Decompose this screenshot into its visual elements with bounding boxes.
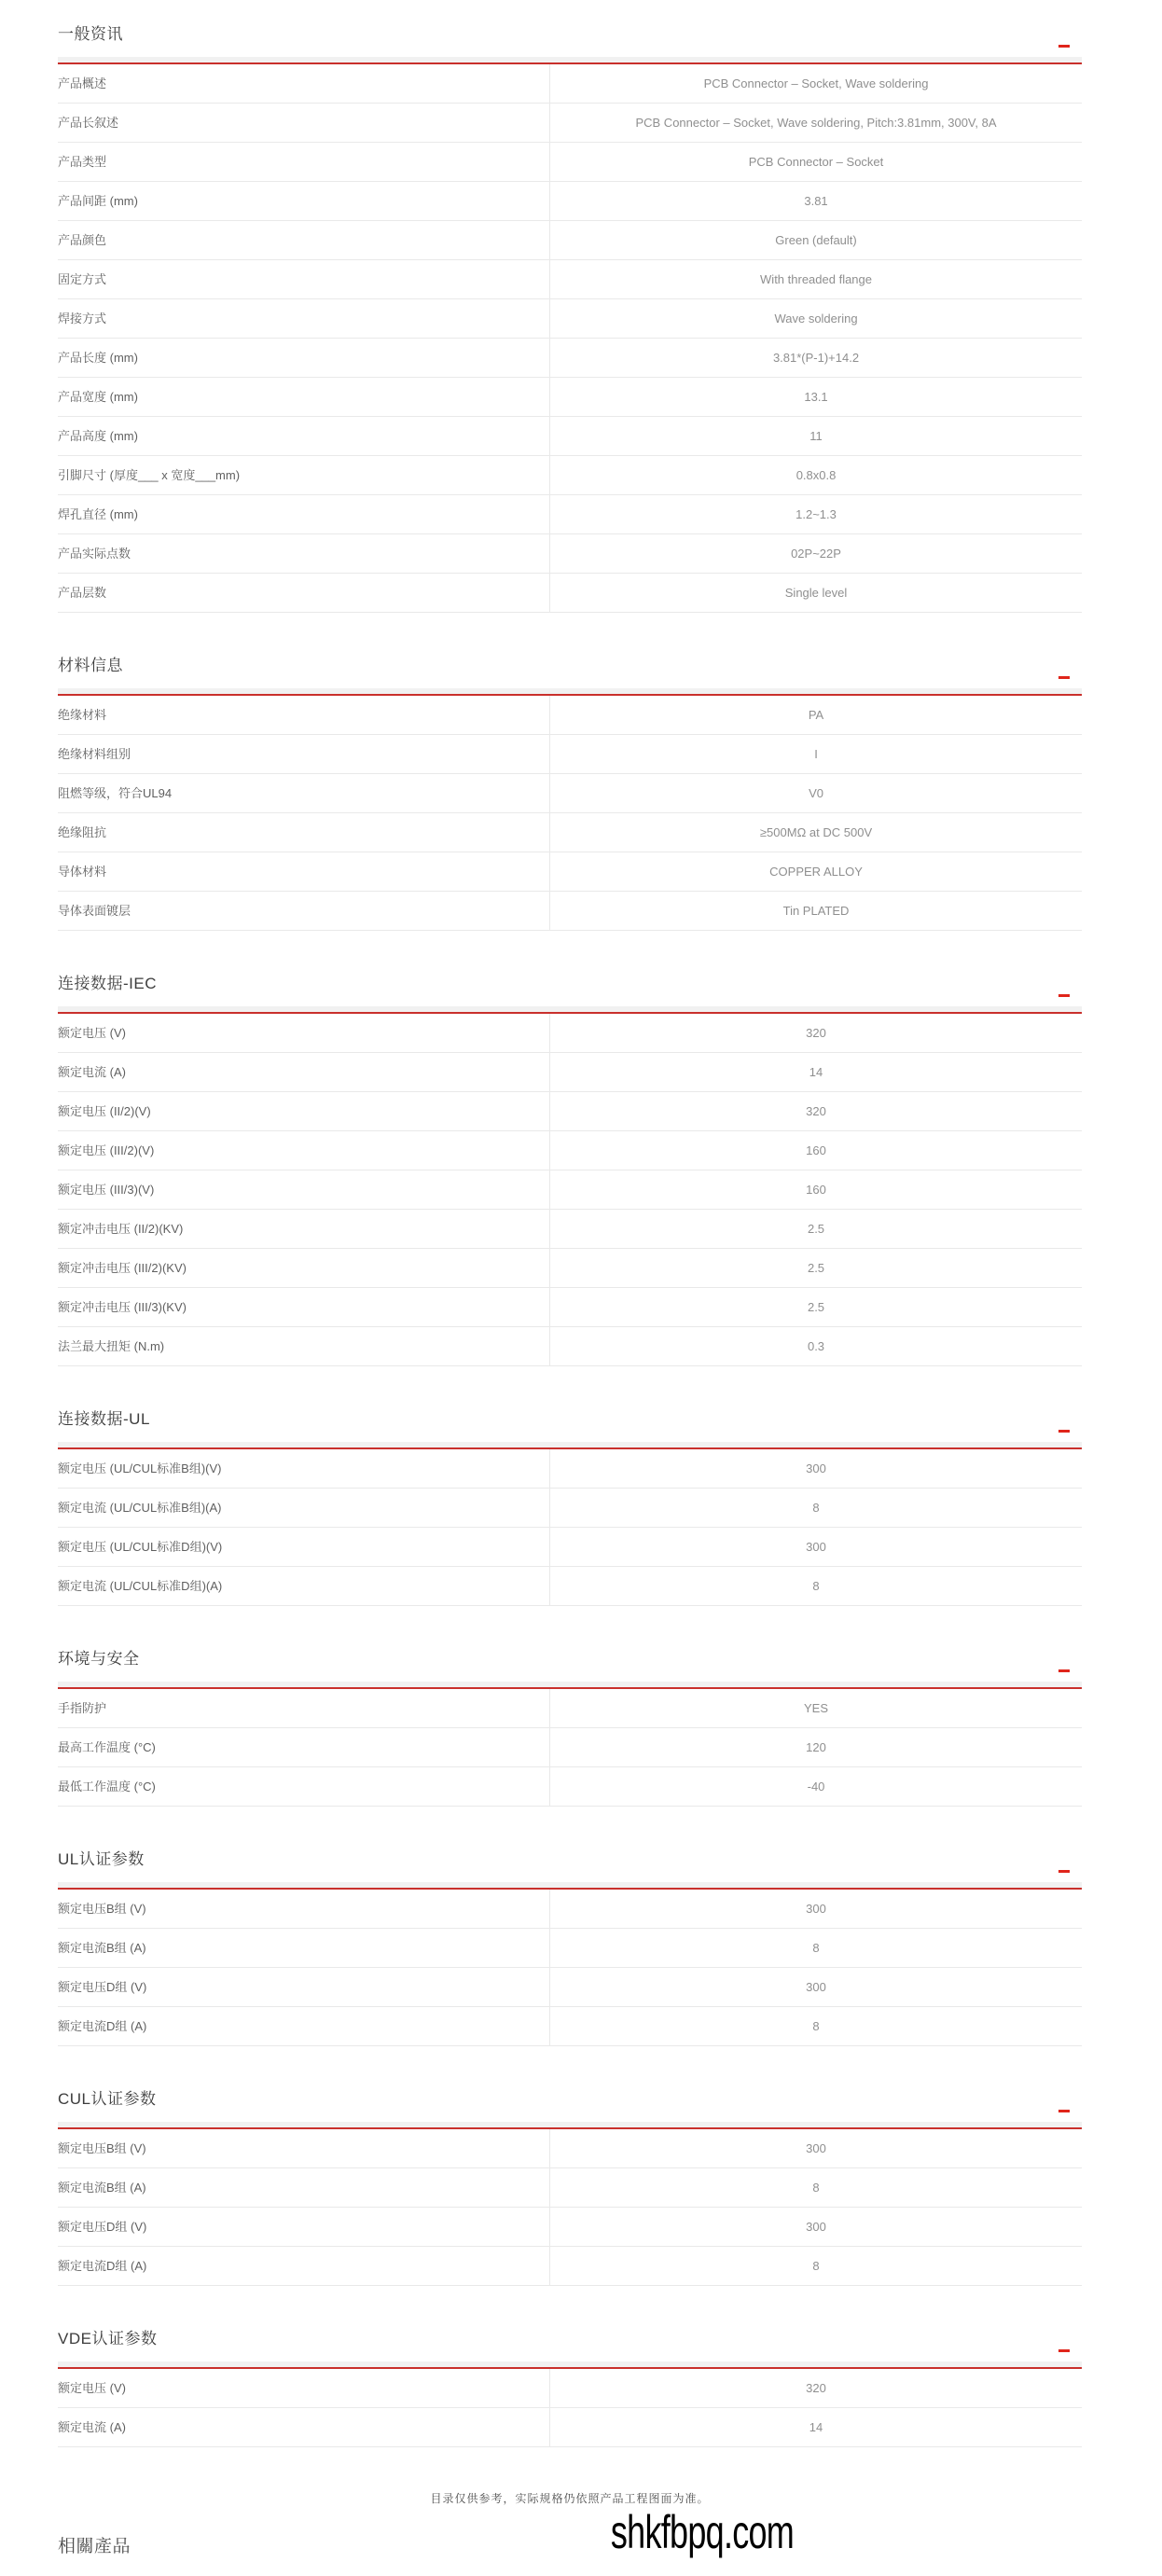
collapse-minus-icon[interactable] [1058, 2349, 1070, 2352]
table-row: 额定电压 (III/3)(V)160 [58, 1170, 1082, 1210]
spec-label: 产品间距 (mm) [58, 182, 550, 221]
spec-value: 8 [550, 2007, 1082, 2046]
section-title: 连接数据-UL [58, 1409, 1082, 1430]
table-row: 绝缘材料PA [58, 696, 1082, 735]
table-row: 产品长度 (mm)3.81*(P-1)+14.2 [58, 339, 1082, 378]
table-row: 产品实际点数02P~22P [58, 534, 1082, 574]
spec-label: 导体材料 [58, 852, 550, 892]
page-footer: 目录仅供参考，实际规格仍依照产品工程图面为准。 shkfbpq.com 相關產品 [58, 2490, 1082, 2557]
spec-value: Wave soldering [550, 299, 1082, 339]
spec-label: 产品长度 (mm) [58, 339, 550, 378]
section-header: UL认证参数 [58, 1849, 1082, 1870]
spec-value: 320 [550, 1092, 1082, 1131]
table-row: 固定方式With threaded flange [58, 260, 1082, 299]
spec-label: 额定电压 (V) [58, 1014, 550, 1053]
collapse-minus-icon[interactable] [1058, 1669, 1070, 1672]
table-row: 额定电流D组 (A)8 [58, 2007, 1082, 2046]
spec-section: 连接数据-UL 额定电压 (UL/CUL标准B组)(V)300额定电流 (UL/… [58, 1409, 1082, 1606]
spec-label: 最高工作温度 (°C) [58, 1728, 550, 1767]
product-spec-page: 一般资讯 产品概述PCB Connector – Socket, Wave so… [0, 0, 1162, 2557]
spec-value: 3.81 [550, 182, 1082, 221]
spec-value: 14 [550, 2408, 1082, 2447]
table-row: 额定冲击电压 (II/2)(KV)2.5 [58, 1210, 1082, 1249]
spec-label: 额定冲击电压 (II/2)(KV) [58, 1210, 550, 1249]
table-row: 焊接方式Wave soldering [58, 299, 1082, 339]
spec-value: 2.5 [550, 1210, 1082, 1249]
table-row: 导体材料COPPER ALLOY [58, 852, 1082, 892]
table-row: 额定电流B组 (A)8 [58, 2168, 1082, 2208]
spec-label: 引脚尺寸 (厚度___ x 宽度___mm) [58, 456, 550, 495]
section-header: 连接数据-IEC [58, 974, 1082, 994]
spec-label: 额定电压 (UL/CUL标准D组)(V) [58, 1528, 550, 1567]
section-title: UL认证参数 [58, 1849, 1082, 1870]
spec-value: 8 [550, 1489, 1082, 1528]
spec-value: 300 [550, 1449, 1082, 1489]
spec-value: 2.5 [550, 1249, 1082, 1288]
section-divider [58, 1442, 1082, 1449]
table-row: 法兰最大扭矩 (N.m)0.3 [58, 1327, 1082, 1366]
table-row: 额定电压 (UL/CUL标准D组)(V)300 [58, 1528, 1082, 1567]
table-row: 产品高度 (mm)11 [58, 417, 1082, 456]
spec-value: 320 [550, 1014, 1082, 1053]
spec-label: 额定电流D组 (A) [58, 2007, 550, 2046]
spec-label: 额定电流 (UL/CUL标准D组)(A) [58, 1567, 550, 1606]
table-row: 产品间距 (mm)3.81 [58, 182, 1082, 221]
spec-label: 额定电压D组 (V) [58, 2208, 550, 2247]
spec-table: 额定电压B组 (V)300额定电流B组 (A)8额定电压D组 (V)300额定电… [58, 2129, 1082, 2286]
spec-section: 环境与安全 手指防护YES最高工作温度 (°C)120最低工作温度 (°C)-4… [58, 1649, 1082, 1807]
spec-label: 绝缘阻抗 [58, 813, 550, 852]
spec-table: 绝缘材料PA绝缘材料组别I阻燃等级，符合UL94V0绝缘阻抗≥500MΩ at … [58, 696, 1082, 931]
table-row: 最低工作温度 (°C)-40 [58, 1767, 1082, 1807]
spec-section: 材料信息 绝缘材料PA绝缘材料组别I阻燃等级，符合UL94V0绝缘阻抗≥500M… [58, 656, 1082, 931]
table-row: 额定电流B组 (A)8 [58, 1929, 1082, 1968]
spec-label: 额定电流D组 (A) [58, 2247, 550, 2286]
table-row: 产品长叙述PCB Connector – Socket, Wave solder… [58, 104, 1082, 143]
section-header: VDE认证参数 [58, 2329, 1082, 2349]
spec-label: 额定电压B组 (V) [58, 1890, 550, 1929]
spec-value: COPPER ALLOY [550, 852, 1082, 892]
table-row: 额定电流 (A)14 [58, 2408, 1082, 2447]
spec-label: 绝缘材料 [58, 696, 550, 735]
table-row: 额定电流D组 (A)8 [58, 2247, 1082, 2286]
spec-label: 焊孔直径 (mm) [58, 495, 550, 534]
table-row: 额定电压D组 (V)300 [58, 2208, 1082, 2247]
collapse-minus-icon[interactable] [1058, 45, 1070, 48]
spec-label: 额定电压 (III/3)(V) [58, 1170, 550, 1210]
spec-value: 120 [550, 1728, 1082, 1767]
table-row: 产品颜色Green (default) [58, 221, 1082, 260]
table-row: 额定电流 (A)14 [58, 1053, 1082, 1092]
spec-value: 11 [550, 417, 1082, 456]
spec-value: YES [550, 1689, 1082, 1728]
section-header: 材料信息 [58, 656, 1082, 676]
table-row: 额定电压 (V)320 [58, 2369, 1082, 2408]
table-row: 额定电压 (V)320 [58, 1014, 1082, 1053]
table-row: 额定电压B组 (V)300 [58, 2129, 1082, 2168]
spec-label: 产品概述 [58, 64, 550, 104]
collapse-minus-icon[interactable] [1058, 994, 1070, 997]
spec-label: 额定冲击电压 (III/2)(KV) [58, 1249, 550, 1288]
section-title: 一般资讯 [58, 24, 1082, 45]
table-row: 产品宽度 (mm)13.1 [58, 378, 1082, 417]
table-row: 额定电压B组 (V)300 [58, 1890, 1082, 1929]
table-row: 引脚尺寸 (厚度___ x 宽度___mm)0.8x0.8 [58, 456, 1082, 495]
table-row: 额定电流 (UL/CUL标准B组)(A)8 [58, 1489, 1082, 1528]
sections-container: 一般资讯 产品概述PCB Connector – Socket, Wave so… [58, 24, 1082, 2447]
spec-value: 300 [550, 2208, 1082, 2247]
spec-value: -40 [550, 1767, 1082, 1807]
spec-value: 160 [550, 1131, 1082, 1170]
section-divider [58, 57, 1082, 64]
spec-label: 最低工作温度 (°C) [58, 1767, 550, 1807]
spec-value: I [550, 735, 1082, 774]
section-title: VDE认证参数 [58, 2329, 1082, 2349]
spec-label: 手指防护 [58, 1689, 550, 1728]
spec-label: 额定电流B组 (A) [58, 2168, 550, 2208]
table-row: 绝缘阻抗≥500MΩ at DC 500V [58, 813, 1082, 852]
spec-value: 320 [550, 2369, 1082, 2408]
table-row: 产品层数Single level [58, 574, 1082, 613]
spec-value: 300 [550, 1968, 1082, 2007]
section-header: 环境与安全 [58, 1649, 1082, 1669]
spec-label: 额定电压 (II/2)(V) [58, 1092, 550, 1131]
spec-value: Tin PLATED [550, 892, 1082, 931]
spec-label: 额定电压 (UL/CUL标准B组)(V) [58, 1449, 550, 1489]
spec-value: 14 [550, 1053, 1082, 1092]
table-row: 手指防护YES [58, 1689, 1082, 1728]
spec-value: 1.2~1.3 [550, 495, 1082, 534]
spec-section: CUL认证参数 额定电压B组 (V)300额定电流B组 (A)8额定电压D组 (… [58, 2089, 1082, 2286]
spec-table: 手指防护YES最高工作温度 (°C)120最低工作温度 (°C)-40 [58, 1689, 1082, 1807]
table-row: 额定电流 (UL/CUL标准D组)(A)8 [58, 1567, 1082, 1606]
spec-value: 8 [550, 2168, 1082, 2208]
spec-label: 额定电压D组 (V) [58, 1968, 550, 2007]
spec-label: 额定冲击电压 (III/3)(KV) [58, 1288, 550, 1327]
spec-label: 额定电压 (III/2)(V) [58, 1131, 550, 1170]
spec-value: PA [550, 696, 1082, 735]
table-row: 导体表面镀层Tin PLATED [58, 892, 1082, 931]
table-row: 最高工作温度 (°C)120 [58, 1728, 1082, 1767]
spec-label: 产品高度 (mm) [58, 417, 550, 456]
spec-value: 02P~22P [550, 534, 1082, 574]
spec-value: With threaded flange [550, 260, 1082, 299]
collapse-minus-icon[interactable] [1058, 676, 1070, 679]
spec-value: PCB Connector – Socket [550, 143, 1082, 182]
spec-label: 额定电流 (A) [58, 2408, 550, 2447]
section-header: 连接数据-UL [58, 1409, 1082, 1430]
spec-value: 8 [550, 1929, 1082, 1968]
table-row: 额定电压D组 (V)300 [58, 1968, 1082, 2007]
disclaimer-note: 目录仅供参考，实际规格仍依照产品工程图面为准。 [58, 2490, 1082, 2506]
spec-label: 焊接方式 [58, 299, 550, 339]
section-title: CUL认证参数 [58, 2089, 1082, 2110]
section-header: CUL认证参数 [58, 2089, 1082, 2110]
spec-section: 连接数据-IEC 额定电压 (V)320额定电流 (A)14额定电压 (II/2… [58, 974, 1082, 1366]
collapse-minus-icon[interactable] [1058, 1430, 1070, 1433]
spec-table: 产品概述PCB Connector – Socket, Wave solderi… [58, 64, 1082, 613]
spec-label: 额定电压 (V) [58, 2369, 550, 2408]
spec-table: 额定电压 (UL/CUL标准B组)(V)300额定电流 (UL/CUL标准B组)… [58, 1449, 1082, 1606]
spec-value: 3.81*(P-1)+14.2 [550, 339, 1082, 378]
spec-label: 绝缘材料组别 [58, 735, 550, 774]
spec-label: 产品类型 [58, 143, 550, 182]
spec-section: UL认证参数 额定电压B组 (V)300额定电流B组 (A)8额定电压D组 (V… [58, 1849, 1082, 2046]
table-row: 产品类型PCB Connector – Socket [58, 143, 1082, 182]
spec-table: 额定电压 (V)320额定电流 (A)14额定电压 (II/2)(V)320额定… [58, 1014, 1082, 1366]
spec-label: 产品颜色 [58, 221, 550, 260]
spec-value: ≥500MΩ at DC 500V [550, 813, 1082, 852]
section-title: 连接数据-IEC [58, 974, 1082, 994]
collapse-minus-icon[interactable] [1058, 2110, 1070, 2112]
spec-table: 额定电压B组 (V)300额定电流B组 (A)8额定电压D组 (V)300额定电… [58, 1890, 1082, 2046]
spec-table: 额定电压 (V)320额定电流 (A)14 [58, 2369, 1082, 2447]
table-row: 额定电压 (UL/CUL标准B组)(V)300 [58, 1449, 1082, 1489]
spec-value: Single level [550, 574, 1082, 613]
section-divider [58, 1682, 1082, 1689]
section-divider [58, 2361, 1082, 2369]
spec-value: 300 [550, 1528, 1082, 1567]
spec-value: PCB Connector – Socket, Wave soldering [550, 64, 1082, 104]
section-divider [58, 688, 1082, 696]
spec-label: 额定电流 (A) [58, 1053, 550, 1092]
spec-value: 0.3 [550, 1327, 1082, 1366]
spec-label: 额定电压B组 (V) [58, 2129, 550, 2168]
spec-label: 额定电流B组 (A) [58, 1929, 550, 1968]
spec-label: 阻燃等级，符合UL94 [58, 774, 550, 813]
spec-value: 0.8x0.8 [550, 456, 1082, 495]
collapse-minus-icon[interactable] [1058, 1870, 1070, 1873]
table-row: 阻燃等级，符合UL94V0 [58, 774, 1082, 813]
table-row: 额定电压 (II/2)(V)320 [58, 1092, 1082, 1131]
spec-value: 8 [550, 2247, 1082, 2286]
spec-value: 13.1 [550, 378, 1082, 417]
section-title: 材料信息 [58, 656, 1082, 676]
spec-value: 160 [550, 1170, 1082, 1210]
spec-value: V0 [550, 774, 1082, 813]
spec-label: 产品层数 [58, 574, 550, 613]
table-row: 绝缘材料组别I [58, 735, 1082, 774]
section-divider [58, 1882, 1082, 1890]
spec-value: Green (default) [550, 221, 1082, 260]
spec-value: 300 [550, 2129, 1082, 2168]
section-title: 环境与安全 [58, 1649, 1082, 1669]
watermark-text: shkfbpq.com [334, 2508, 1072, 2556]
table-row: 焊孔直径 (mm)1.2~1.3 [58, 495, 1082, 534]
spec-value: 2.5 [550, 1288, 1082, 1327]
spec-label: 导体表面镀层 [58, 892, 550, 931]
spec-label: 产品实际点数 [58, 534, 550, 574]
section-divider [58, 2122, 1082, 2129]
spec-label: 产品长叙述 [58, 104, 550, 143]
spec-value: PCB Connector – Socket, Wave soldering, … [550, 104, 1082, 143]
section-divider [58, 1006, 1082, 1014]
section-header: 一般资讯 [58, 24, 1082, 45]
spec-value: 8 [550, 1567, 1082, 1606]
spec-label: 产品宽度 (mm) [58, 378, 550, 417]
spec-label: 固定方式 [58, 260, 550, 299]
spec-label: 额定电流 (UL/CUL标准B组)(A) [58, 1489, 550, 1528]
table-row: 额定冲击电压 (III/2)(KV)2.5 [58, 1249, 1082, 1288]
table-row: 额定冲击电压 (III/3)(KV)2.5 [58, 1288, 1082, 1327]
spec-section: 一般资讯 产品概述PCB Connector – Socket, Wave so… [58, 24, 1082, 613]
spec-section: VDE认证参数 额定电压 (V)320额定电流 (A)14 [58, 2329, 1082, 2447]
spec-value: 300 [550, 1890, 1082, 1929]
table-row: 产品概述PCB Connector – Socket, Wave solderi… [58, 64, 1082, 104]
table-row: 额定电压 (III/2)(V)160 [58, 1131, 1082, 1170]
spec-label: 法兰最大扭矩 (N.m) [58, 1327, 550, 1366]
